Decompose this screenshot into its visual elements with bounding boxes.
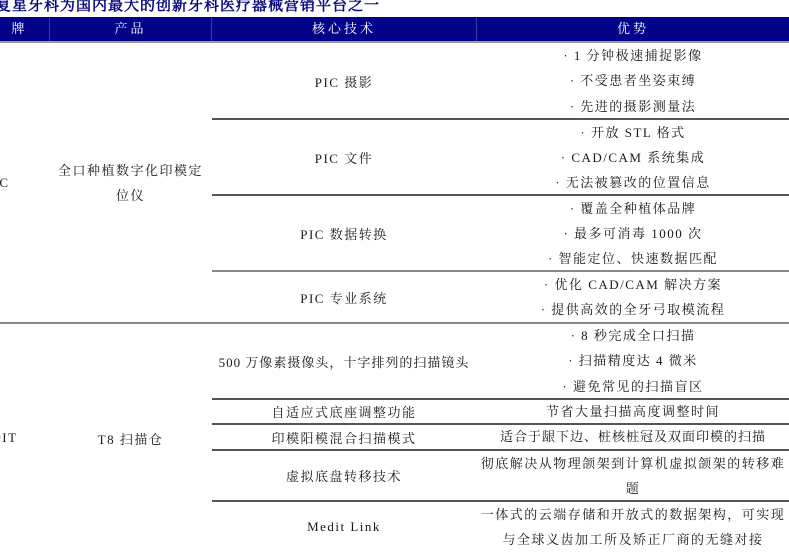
advantage-item: · 开放 STL 格式 — [580, 120, 685, 145]
tech-label: PIC 数据转换 — [300, 224, 387, 243]
tech-cell: 500 万像素摄像头，十字排列的扫描镜头 — [212, 324, 476, 398]
tech-cell: 虚拟底盘转移技术 — [212, 451, 476, 500]
advantage-item: · 无法被篡改的位置信息 — [555, 170, 711, 195]
tech-cell: 印模阳模混合扫描模式 — [212, 425, 476, 449]
tech-cell: Medit Link — [212, 502, 476, 552]
tech-cell: PIC 专业系统 — [212, 272, 476, 322]
brand-cell: DIT — [0, 324, 49, 552]
table-header: 牌 产品 核心技术 优势 — [0, 17, 789, 43]
advantages-cell: · 优化 CAD/CAM 解决方案 · 提供高效的全牙弓取模流程 — [477, 272, 789, 322]
tech-label: 印模阳模混合扫描模式 — [271, 428, 416, 447]
advantages-cell: 节省大量扫描高度调整时间 — [477, 400, 789, 423]
tech-label: 自适应式底座调整功能 — [271, 402, 416, 421]
tech-cell: 自适应式底座调整功能 — [212, 400, 476, 423]
advantage-item: · 最多可消毒 1000 次 — [563, 221, 702, 246]
tech-label: PIC 专业系统 — [300, 288, 387, 307]
header-advantages: 优势 — [477, 17, 789, 41]
advantages-cell: · 8 秒完成全口扫描 · 扫描精度达 4 微米 · 避免常见的扫描盲区 — [477, 324, 789, 398]
brand-label: DIT — [0, 430, 18, 446]
advantage-item: 彻底解决从物理颌架到计算机虚拟颌架的转移难题 — [478, 451, 788, 501]
tech-label: Medit Link — [307, 519, 381, 535]
page-title: 复星牙科为国内最大的创新牙科医疗器械营销平台之一 — [0, 0, 380, 16]
advantages-cell: · 开放 STL 格式 · CAD/CAM 系统集成 · 无法被篡改的位置信息 — [477, 120, 789, 195]
advantage-item: · 1 分钟极速捕捉影像 — [563, 43, 702, 68]
advantage-item: 一体式的云端存储和开放式的数据架构，可实现与全球义齿加工所及矫正厂商的无缝对接 — [478, 502, 788, 552]
advantage-item: · CAD/CAM 系统集成 — [561, 145, 706, 170]
tech-cell: PIC 摄影 — [212, 43, 476, 119]
advantages-cell: · 1 分钟极速捕捉影像 · 不受患者坐姿束缚 · 先进的摄影测量法 — [477, 43, 789, 119]
header-core-tech: 核心技术 — [212, 17, 476, 41]
advantage-item: · 覆盖全种植体品牌 — [570, 196, 697, 221]
advantages-cell: 适合于龈下边、桩核桩冠及双面印模的扫描 — [477, 425, 789, 449]
advantage-item: · 智能定位、快速数据匹配 — [548, 246, 718, 271]
product-cell: T8 扫描仓 — [50, 324, 211, 552]
tech-cell: PIC 文件 — [212, 120, 476, 195]
advantage-item: · 不受患者坐姿束缚 — [570, 68, 697, 93]
advantages-cell: 彻底解决从物理颌架到计算机虚拟颌架的转移难题 — [477, 451, 789, 500]
tech-label: PIC 文件 — [315, 148, 373, 167]
tech-label: 500 万像素摄像头，十字排列的扫描镜头 — [219, 352, 470, 371]
brand-cell: C — [0, 43, 49, 322]
tech-label: PIC 摄影 — [315, 72, 373, 91]
header-product: 产品 — [50, 17, 211, 41]
brand-label: C — [0, 175, 10, 191]
advantages-cell: 一体式的云端存储和开放式的数据架构，可实现与全球义齿加工所及矫正厂商的无缝对接 — [477, 502, 789, 552]
tech-cell: PIC 数据转换 — [212, 196, 476, 271]
advantage-item: 适合于龈下边、桩核桩冠及双面印模的扫描 — [500, 424, 766, 449]
header-brand: 牌 — [0, 17, 49, 41]
advantages-cell: · 覆盖全种植体品牌 · 最多可消毒 1000 次 · 智能定位、快速数据匹配 — [477, 196, 789, 271]
advantage-item: · 避免常见的扫描盲区 — [562, 374, 703, 399]
advantage-item: 节省大量扫描高度调整时间 — [546, 399, 720, 424]
product-label: T8 扫描仓 — [98, 429, 164, 448]
advantage-item: · 优化 CAD/CAM 解决方案 — [544, 272, 722, 297]
product-cell: 全口种植数字化印模定位仪 — [50, 43, 211, 322]
advantage-item: · 8 秒完成全口扫描 — [571, 323, 696, 348]
advantage-item: · 先进的摄影测量法 — [570, 94, 697, 119]
advantage-item: · 扫描精度达 4 微米 — [568, 348, 698, 373]
advantage-item: · 提供高效的全牙弓取模流程 — [541, 297, 726, 322]
product-label: 全口种植数字化印模定位仪 — [56, 158, 206, 208]
tech-label: 虚拟底盘转移技术 — [286, 466, 402, 485]
